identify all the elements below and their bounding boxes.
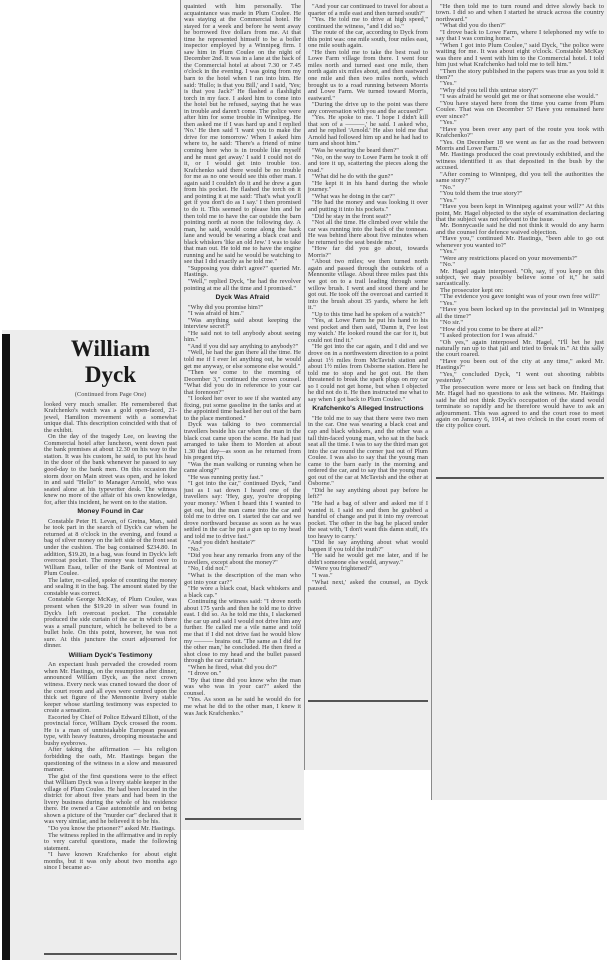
paragraph: "He then told me to turn round and drive…: [436, 4, 604, 23]
paragraph: "Not all the time. He climbed over while…: [308, 220, 428, 246]
subheading: Money Found in Car: [44, 509, 177, 516]
continued-note: (Continued from Page One): [44, 392, 177, 399]
paragraph: "You have stayed here from the time you …: [436, 101, 604, 120]
article-column-4: "He then told me to turn round and drive…: [436, 4, 604, 430]
paragraph: "I drove back to Lowe Farm, where I tele…: [436, 30, 604, 43]
paragraph: Mr. Hastings produced the coat previousl…: [436, 152, 604, 171]
paragraph: Constable Peter H. Levan, of Gretna, Man…: [44, 519, 177, 578]
column-end-rule: [436, 477, 604, 479]
paragraph: "Supposing you didn't agree?" queried Mr…: [184, 266, 301, 279]
paragraph: quainted with him personally. The acquai…: [184, 4, 301, 266]
paragraph: "The evidence you gave tonight was of yo…: [436, 294, 604, 300]
paragraph: The route of the car, according to Dyck …: [308, 30, 428, 50]
paragraph: "I looked her over to see if she wanted …: [184, 396, 301, 422]
paragraph: "He said not to tell anybody about seein…: [184, 331, 301, 344]
paragraph: looked very much smaller. He remembered …: [44, 402, 177, 435]
paragraph: "Have you been out of the city at any ti…: [436, 359, 604, 372]
paragraph: "Well, he had the gun there all the time…: [184, 350, 301, 370]
paragraph: The latter, re-called, spoke of counting…: [44, 578, 177, 598]
column-rule: [180, 0, 181, 960]
paragraph: The prosecution were more or less set ba…: [436, 385, 604, 430]
paragraph: After taking the affirmation — his relig…: [44, 747, 177, 773]
paragraph: On the day of the tragedy Lee, on leavin…: [44, 434, 177, 506]
paragraph: The gist of the first questions were to …: [44, 774, 177, 826]
paragraph: "Was anything said about keeping the int…: [184, 318, 301, 331]
paragraph: "When I got into Plum Coulee," said Dyck…: [436, 43, 604, 69]
paragraph: "Yes. As soon as he said he would do for…: [184, 697, 301, 717]
paragraph: "Well," replied Dyck, "he had the revolv…: [184, 279, 301, 292]
paragraph: Constable George McKay, of Plum Coulee, …: [44, 597, 177, 649]
paragraph: "Have you," continued Mr. Hastings, "bee…: [436, 236, 604, 249]
paragraph: "Have you been over any part of the rout…: [436, 127, 604, 140]
subheading: Dyck Was Afraid: [184, 295, 301, 302]
article-column-2: quainted with him personally. The acquai…: [184, 4, 301, 717]
paragraph: "About two miles; we then turned north a…: [308, 259, 428, 311]
paragraph: "No, on the way to Lowe Farm he took it …: [308, 155, 428, 175]
paragraph: "He told me to say that there were two m…: [308, 416, 428, 488]
paragraph: "Have you been kept in Winnipeg against …: [436, 204, 604, 223]
scan-edge: [2, 334, 10, 960]
paragraph: Dyck was talking to two commercial trave…: [184, 422, 301, 461]
paragraph: "He had a bag of silver and asked me if …: [308, 501, 428, 540]
paragraph: "Was the man walking or running when he …: [184, 462, 301, 475]
paragraph: Mr. Hagel again interposed. "Oh, say, if…: [436, 269, 604, 288]
paragraph: "Then we come to the morning of December…: [184, 370, 301, 396]
paragraph: "Oh yes," again interposed Mr. Hagel, "I…: [436, 340, 604, 359]
paragraph: "Yes, at Lowe Farm he put his hand to hi…: [308, 318, 428, 344]
subheading: Krafchenko's Alleged Instructions: [308, 406, 428, 413]
paragraph: "Then the story published in the papers …: [436, 69, 604, 82]
paragraph: "He then told me to take the best road t…: [308, 50, 428, 102]
paragraph: Escorted by Chief of Police Edward Ellio…: [44, 715, 177, 748]
paragraph: "He got into the car again, and I did an…: [308, 344, 428, 403]
article-column-1: William Dyck (Continued from Page One) l…: [44, 336, 177, 872]
paragraph: "Yes. He spoke to me. 'I hope I didn't k…: [308, 115, 428, 148]
column-end-rule: [185, 818, 301, 820]
column-rule: [431, 0, 432, 800]
paragraph: Continuing the witness said: "I drove no…: [184, 599, 301, 664]
paragraph: An expectant hush pervaded the crowded r…: [44, 662, 177, 714]
column-rule: [304, 0, 305, 770]
paragraph: "I have known Krafchenko for about eight…: [44, 852, 177, 872]
column-end-rule: [44, 953, 177, 955]
article-column-3: "And your car continued to travel for ab…: [308, 4, 428, 593]
paragraph: "I got into the car," continued Dyck, "a…: [184, 481, 301, 540]
paragraph: "He had the money and was looking it ove…: [308, 200, 428, 213]
column-end-rule: [308, 700, 428, 702]
headline: William Dyck: [44, 336, 177, 388]
subheading: William Dyck's Testimony: [44, 653, 177, 660]
paragraph: "By that time did you know who the man w…: [184, 678, 301, 698]
paragraph: "He kept it in his hand during the whole…: [308, 181, 428, 194]
paragraph: "After coming to Winnipeg, did you tell …: [436, 172, 604, 185]
paragraph: The witness replied in the affirmative a…: [44, 833, 177, 853]
paragraph: "What next,' asked the counsel, as Dyck …: [308, 580, 428, 593]
paragraph: "Yes," concluded Dyck, "I went out shoot…: [436, 372, 604, 385]
